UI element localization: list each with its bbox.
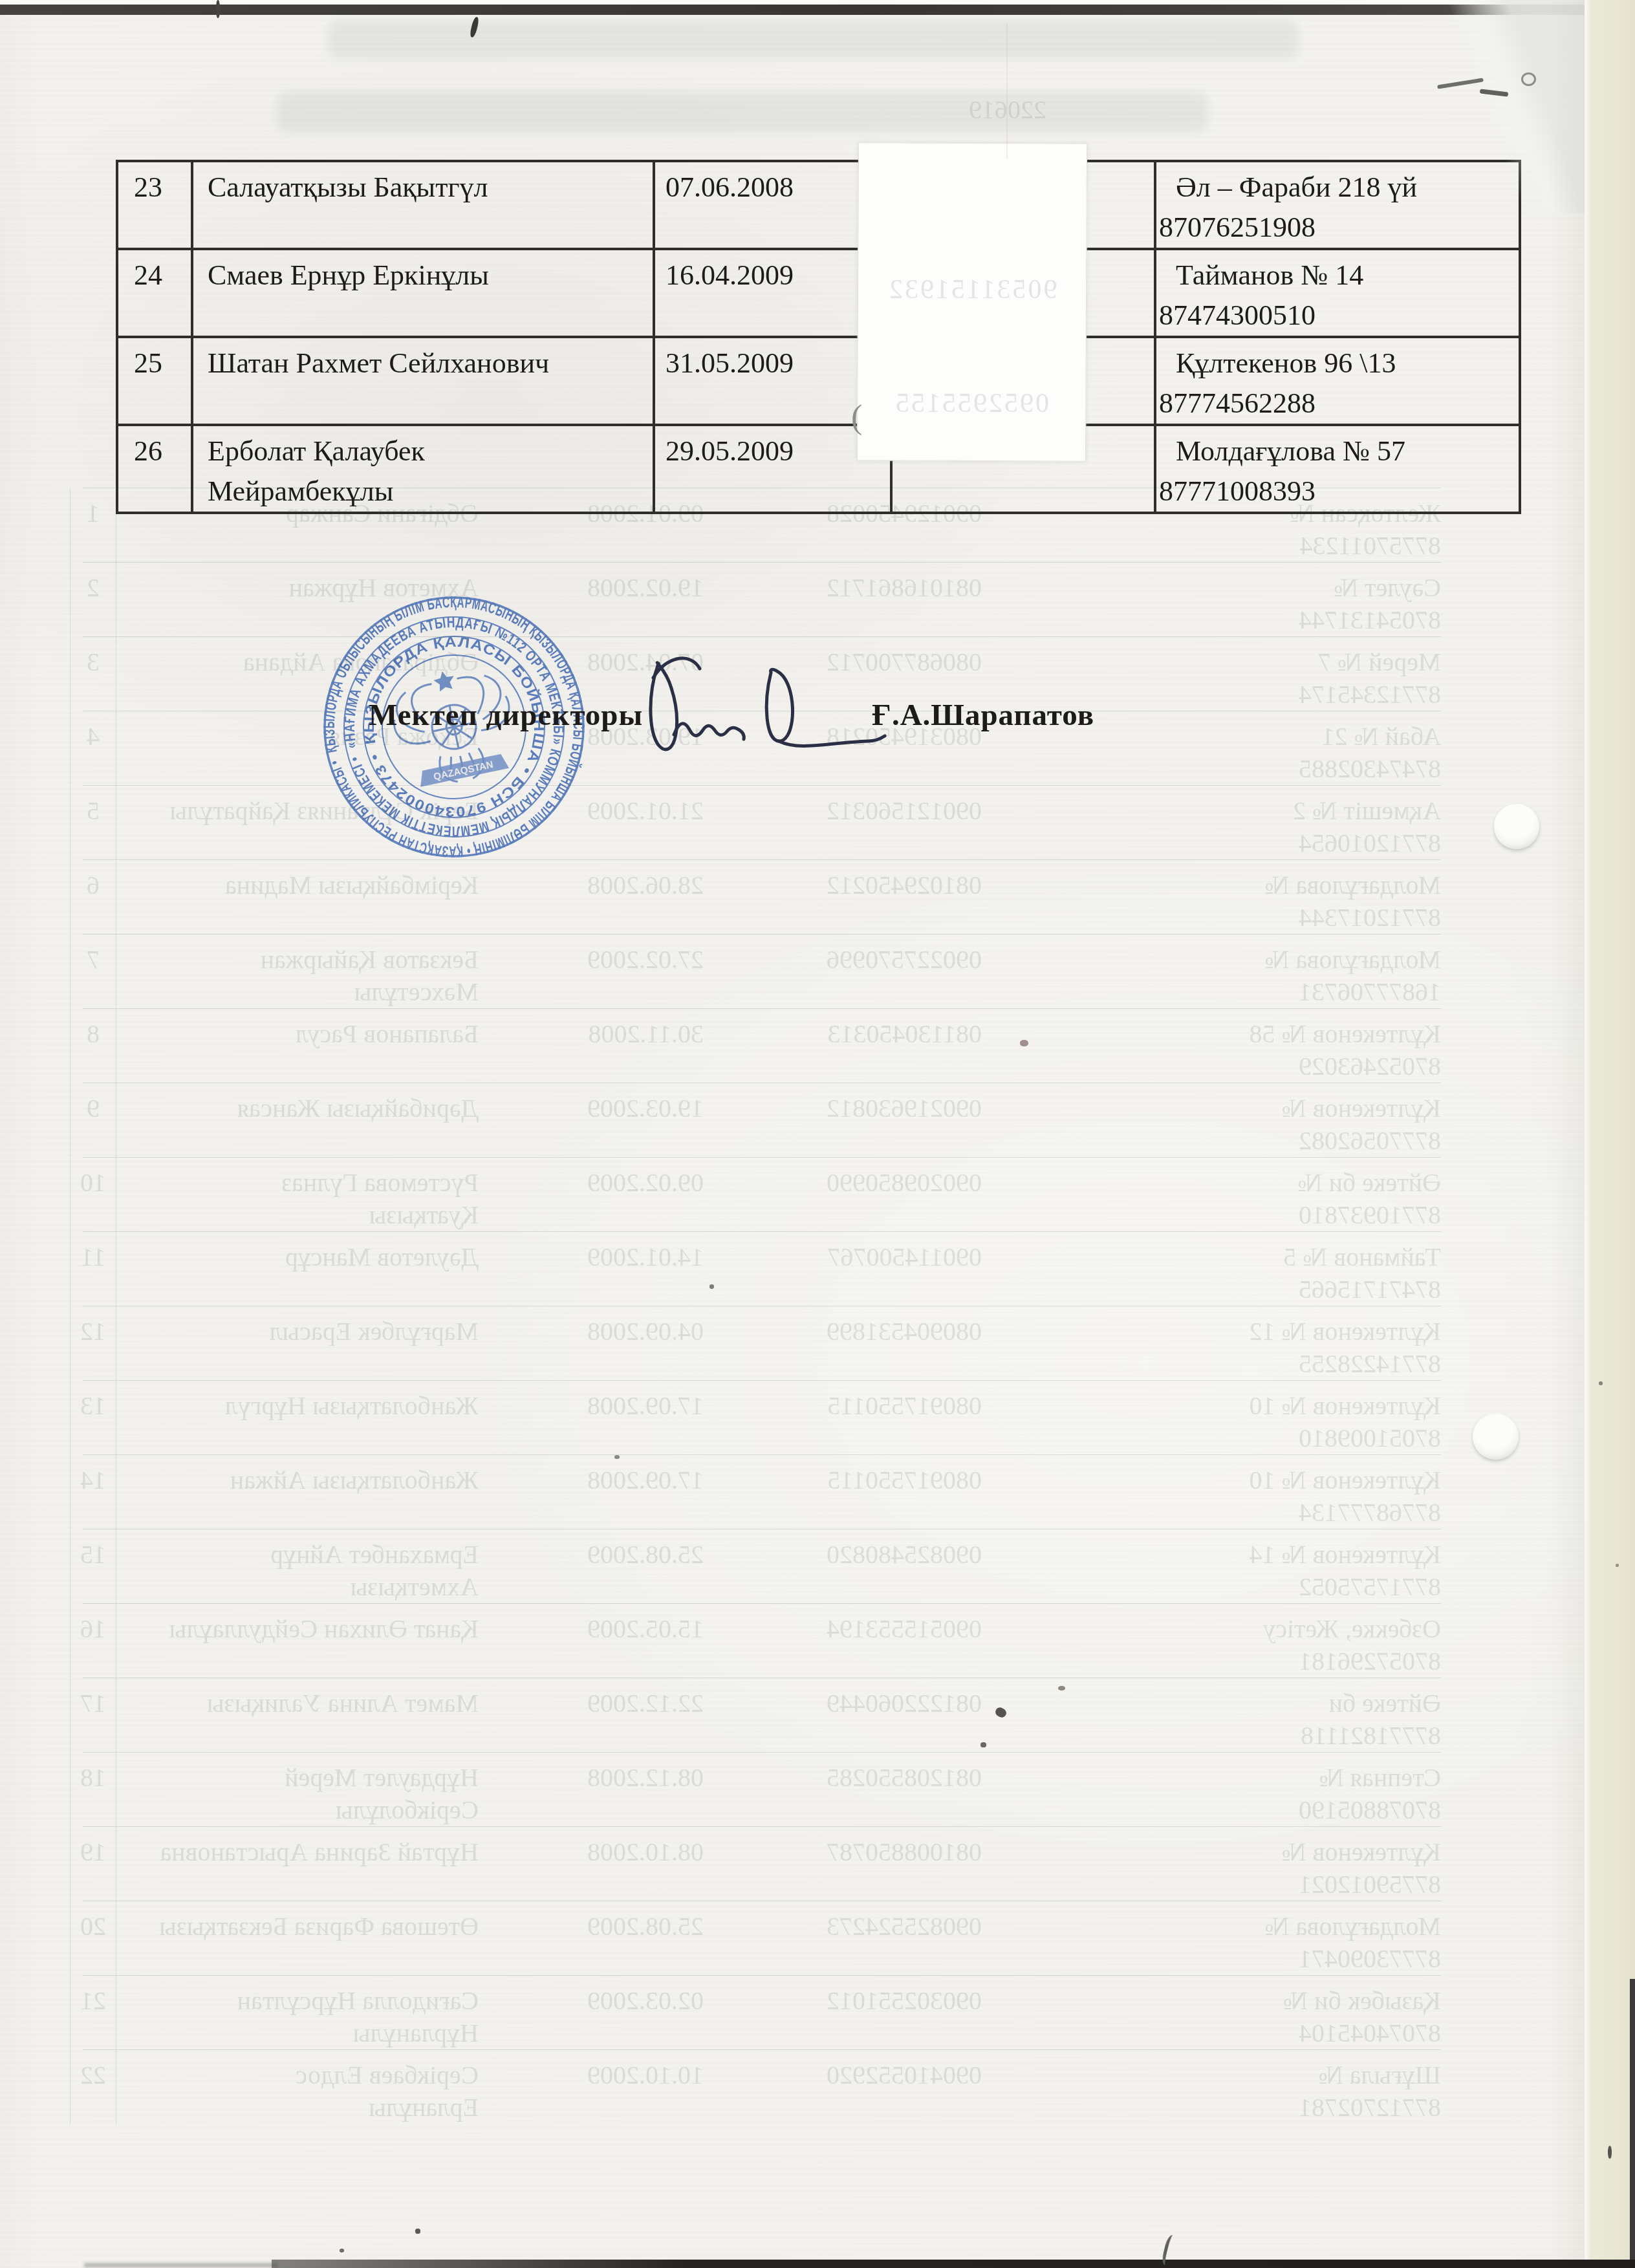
bleed-row-number: 16 xyxy=(70,1604,116,1678)
bleed-address: Құлтекенов № 1087768777134 xyxy=(982,1455,1441,1529)
bleed-name: Серікбаев ЕлдосЕрланұлы xyxy=(116,2050,490,2124)
bleed-row: Ақмешіт № 287712010654 090121560312 21.0… xyxy=(83,785,1441,859)
bleed-row: Құлтекенов №87759012021 081008850787 08.… xyxy=(83,1826,1441,1901)
bleed-row: Құлтекенов № 1087051009810 080917550115 … xyxy=(83,1380,1441,1454)
bleed-date: 17.09.2008 xyxy=(490,1381,704,1454)
cell-student-name: Салауатқызы Бақытгүл xyxy=(192,161,654,249)
director-name: Ғ.А.Шарапатов xyxy=(872,698,1094,733)
bleed-address: Әйтеке би №87710937810 xyxy=(982,1158,1441,1231)
bleed-address: Әйтеке би87771821118 xyxy=(982,1678,1441,1752)
bleed-row-number: 14 xyxy=(70,1455,116,1529)
bleed-date: 25.08.2009 xyxy=(490,1901,704,1975)
bleed-row: Озбекке, Жетісу87057296181 090515553194 … xyxy=(83,1603,1441,1678)
cell-row-number: 24 xyxy=(117,249,192,337)
bleed-row: Әйтеке би87771821118 081222060449 22.12.… xyxy=(83,1678,1441,1752)
right-edge-band xyxy=(1585,0,1635,2268)
bleed-row-number: 2 xyxy=(70,563,116,636)
director-signature xyxy=(634,644,893,770)
dirt-speck xyxy=(469,16,479,38)
bleed-row: Құлтекенов № 1487717575052 090825480820 … xyxy=(83,1529,1441,1603)
top-edge-scanner-line xyxy=(0,5,1599,15)
bleed-row-number: 1 xyxy=(70,488,116,562)
bleed-date: 09.02.2009 xyxy=(490,1158,704,1231)
bleed-address: Қазыбек би №87074045104 xyxy=(982,1976,1441,2049)
bleed-name: Жанболатқызы Нұргүл xyxy=(116,1381,490,1454)
bleed-id: 081016861712 xyxy=(704,563,982,636)
bleed-row: Құлтекенов №87770562082 090219630812 19.… xyxy=(83,1083,1441,1157)
bleed-id: 081208550285 xyxy=(704,1753,982,1826)
dirt-speck xyxy=(614,1455,620,1459)
bleed-id: 090227570996 xyxy=(704,934,982,1008)
bleed-name: Бекзатов ҚайыржанМәхсетұлы xyxy=(116,934,490,1008)
bleed-address: Озбекке, Жетісу87057296181 xyxy=(982,1604,1441,1678)
cell-row-number: 25 xyxy=(117,337,192,425)
bleed-fragment: 220619 xyxy=(969,94,1046,125)
cell-birth-date: 16.04.2009 xyxy=(654,249,891,337)
bleed-id: 081008850787 xyxy=(704,1827,982,1901)
address-line: Молдағұлова № 57 xyxy=(1156,431,1519,471)
bleed-row-number: 19 xyxy=(70,1827,116,1901)
bleed-date: 17.09.2008 xyxy=(490,1455,704,1529)
bleed-id: 090219630812 xyxy=(704,1083,982,1157)
bleed-name: Нұртай Зарина Арыстановна xyxy=(116,1827,490,1901)
bleed-name: Рүстемова ГүлназҚуатқызы xyxy=(116,1158,490,1231)
bleed-id: 081130450313 xyxy=(704,1009,982,1083)
bleed-id: 080904531899 xyxy=(704,1306,982,1380)
bleed-row-number: 18 xyxy=(70,1753,116,1826)
bleed-date: 27.02.2009 xyxy=(490,934,704,1008)
bleed-id: 090825524273 xyxy=(704,1901,982,1975)
dirt-speck xyxy=(980,1742,986,1747)
bleed-address: Молдағұлова №87773090471 xyxy=(982,1901,1441,1975)
cell-birth-date: 29.05.2009 xyxy=(654,425,891,513)
cell-row-number: 23 xyxy=(117,161,192,249)
address-line: Тайманов № 14 xyxy=(1156,255,1519,296)
bleed-date: 19.03.2009 xyxy=(490,1083,704,1157)
cell-student-name: Шатан Рахмет Сейлханович xyxy=(192,337,654,425)
bleed-name: Қанат Әлихан Сейдуллаұлы xyxy=(116,1604,490,1678)
bleed-name: Сағидолла НұрсұлтанНұрланұлы xyxy=(116,1976,490,2049)
bleed-row-number: 7 xyxy=(70,934,116,1008)
phone-line: 87771008393 xyxy=(1156,471,1519,512)
bleed-row-number: 12 xyxy=(70,1306,116,1380)
bleed-name: Балапанов Расул xyxy=(116,1009,490,1083)
bleed-address: Молдағұлова №87712017344 xyxy=(982,860,1441,934)
dirt-speck xyxy=(709,1284,714,1289)
ring-mark xyxy=(1521,72,1536,86)
bleed-row: Құлтекенов № 1087768777134 080917550115 … xyxy=(83,1454,1441,1529)
dirt-speck xyxy=(994,1706,1008,1719)
table-row: 26 Ерболат ҚалаубекМейрамбекұлы 29.05.20… xyxy=(117,425,1520,513)
cell-address-phone: Құлтекенов 96 \13 87774562288 xyxy=(1155,337,1520,425)
phone-line: 87774562288 xyxy=(1156,383,1519,424)
bleed-row-number: 20 xyxy=(70,1901,116,1975)
right-edge-shade xyxy=(1549,0,1585,2268)
hole-punch-dot xyxy=(1494,804,1539,849)
bleed-row-number: 21 xyxy=(70,1976,116,2049)
table-row: 24 Смаев Ернұр Еркінұлы 16.04.2009 Тайма… xyxy=(117,249,1520,337)
dirt-speck xyxy=(1058,1686,1065,1690)
bleed-row-number: 22 xyxy=(70,2050,116,2124)
phone-line: 87076251908 xyxy=(1156,208,1519,248)
bleed-band xyxy=(277,92,1208,132)
bleed-date: 04.09.2008 xyxy=(490,1306,704,1380)
dirt-speck xyxy=(340,2249,344,2252)
bleed-date: 15.05.2009 xyxy=(490,1604,704,1678)
bleed-id: 081222060449 xyxy=(704,1678,982,1752)
bleed-row-number: 8 xyxy=(70,1009,116,1083)
bleed-row: Құлтекенов № 5887052463029 081130450313 … xyxy=(83,1008,1441,1083)
dirt-speck xyxy=(415,2229,420,2234)
bleed-row: Молдағұлова №87773090471 090825524273 25… xyxy=(83,1901,1441,1975)
cell-student-name: Ерболат ҚалаубекМейрамбекұлы xyxy=(192,425,654,513)
bleed-address: Құлтекенов № 5887052463029 xyxy=(982,1009,1441,1083)
student-table: 23 Салауатқызы Бақытгүл 07.06.2008 Әл – … xyxy=(116,160,1521,514)
bleed-date: 02.03.2009 xyxy=(490,1976,704,2049)
bleed-name: Өтешова Фариза Бекзатқызы xyxy=(116,1901,490,1975)
director-title: Мектеп директоры xyxy=(369,698,643,733)
dirt-speck xyxy=(216,0,220,18)
bleed-id: 090114500767 xyxy=(704,1232,982,1306)
scanned-document-page: 220619 Желтоқсан №87757011234 0901294500… xyxy=(0,0,1635,2268)
bleed-row: Молдағұлова №87712017344 081029450212 28… xyxy=(83,859,1441,934)
cell-row-number: 26 xyxy=(117,425,192,513)
bleed-row-number: 9 xyxy=(70,1083,116,1157)
bleed-row: Әйтеке би №87710937810 090209850990 09.0… xyxy=(83,1157,1441,1231)
covered-id-fragment: 90531151932 xyxy=(887,274,1057,305)
bleed-date: 25.08.2009 xyxy=(490,1529,704,1603)
cell-address-phone: Молдағұлова № 57 87771008393 xyxy=(1155,425,1520,513)
bleed-id: 080917550115 xyxy=(704,1381,982,1454)
bleed-address: Сәулет №87054131744 xyxy=(982,563,1441,636)
bleed-address: Степная №87078805190 xyxy=(982,1753,1441,1826)
bleed-address: Ақмешіт № 287712010654 xyxy=(982,786,1441,859)
cell-address-phone: Тайманов № 14 87474300510 xyxy=(1155,249,1520,337)
bleed-row-number: 17 xyxy=(70,1678,116,1752)
bleed-row: Құлтекенов № 1287714228255 080904531899 … xyxy=(83,1306,1441,1380)
bleed-row-number: 6 xyxy=(70,860,116,934)
bleed-row-number: 10 xyxy=(70,1158,116,1231)
covered-id-fragment: 0952955155 xyxy=(894,388,1049,419)
bleed-name: Дәулетов Мансұр xyxy=(116,1232,490,1306)
bleed-address: Тайманов № 587471715665 xyxy=(982,1232,1441,1306)
bleed-row-number: 4 xyxy=(70,711,116,785)
bleed-name: Керімбайқызы Мадина xyxy=(116,860,490,934)
bleed-id: 090209850990 xyxy=(704,1158,982,1231)
bleed-id: 090825480820 xyxy=(704,1529,982,1603)
cell-student-name: Смаев Ернұр Еркінұлы xyxy=(192,249,654,337)
table-row: 25 Шатан Рахмет Сейлханович 31.05.2009 Қ… xyxy=(117,337,1520,425)
bleed-row-number: 5 xyxy=(70,786,116,859)
hole-punch-dot xyxy=(1473,1414,1519,1460)
paper-crease xyxy=(1006,23,1008,159)
bleed-row: Тайманов № 587471715665 090114500767 14.… xyxy=(83,1231,1441,1306)
table-row: 23 Салауатқызы Бақытгүл 07.06.2008 Әл – … xyxy=(117,161,1520,249)
bleed-id: 090302551012 xyxy=(704,1976,982,2049)
bleed-row-number: 15 xyxy=(70,1529,116,1603)
bleed-date: 28.06.2008 xyxy=(490,860,704,934)
bleed-date: 30.11.2008 xyxy=(490,1009,704,1083)
bleed-name: Мамет Алина Уалиқызы xyxy=(116,1678,490,1752)
bleed-row: Шұғыла №87712702781 090410552920 10.10.2… xyxy=(83,2049,1441,2124)
dirt-speck xyxy=(1599,1381,1603,1385)
bleed-row: Молдағұлова №16877706731 090227570996 27… xyxy=(83,934,1441,1008)
bleed-address: Құлтекенов № 1487717575052 xyxy=(982,1529,1441,1603)
bleed-date: 08.10.2008 xyxy=(490,1827,704,1901)
bottom-edge-smear xyxy=(84,2263,278,2267)
bleed-address: Құлтекенов № 1287714228255 xyxy=(982,1306,1441,1380)
covered-paren-fragment: ( xyxy=(851,398,862,437)
bleed-date: 22.12.2009 xyxy=(490,1678,704,1752)
bleed-row: Сәулет №87054131744 081016861712 19.02.2… xyxy=(83,562,1441,636)
phone-line: 87474300510 xyxy=(1156,296,1519,336)
address-line: Құлтекенов 96 \13 xyxy=(1156,343,1519,383)
bleed-address: Құлтекенов №87770562082 xyxy=(982,1083,1441,1157)
bleed-row-number: 3 xyxy=(70,637,116,711)
dirt-speck xyxy=(1020,1040,1028,1046)
bleed-date: 14.01.2009 xyxy=(490,1232,704,1306)
student-table-body: 23 Салауатқызы Бақытгүл 07.06.2008 Әл – … xyxy=(117,161,1520,513)
right-edge-dark-line xyxy=(1630,1979,1635,2268)
bleed-id: 090410552920 xyxy=(704,2050,982,2124)
bleed-address: Құлтекенов № 1087051009810 xyxy=(982,1381,1441,1454)
bleed-row-number: 11 xyxy=(70,1232,116,1306)
dirt-speck xyxy=(1608,2146,1612,2159)
bleed-id: 090121560312 xyxy=(704,786,982,859)
dirt-speck xyxy=(1616,1564,1619,1567)
bleed-name: Жанболатқызы Айжан xyxy=(116,1455,490,1529)
bleed-id: 081029450212 xyxy=(704,860,982,934)
bleed-name: Нұрдаулет МерейСерікболұлы xyxy=(116,1753,490,1826)
cell-birth-date: 07.06.2008 xyxy=(654,161,891,249)
bottom-edge-scanner-line xyxy=(272,2260,1635,2268)
bleed-address: Молдағұлова №16877706731 xyxy=(982,934,1441,1008)
bleed-address: Шұғыла №87712702781 xyxy=(982,2050,1441,2124)
bleed-address: Құлтекенов №87759012021 xyxy=(982,1827,1441,1901)
bleed-date: 08.12.2008 xyxy=(490,1753,704,1826)
bleed-id: 090515553194 xyxy=(704,1604,982,1678)
bleed-row: Қазыбек би №87074045104 090302551012 02.… xyxy=(83,1975,1441,2049)
bleed-name: Марғұлбек Ерасыл xyxy=(116,1306,490,1380)
bleed-row-number: 13 xyxy=(70,1381,116,1454)
bleed-id: 080917550115 xyxy=(704,1455,982,1529)
bleed-name: Дәрибайқызы Жансая xyxy=(116,1083,490,1157)
bleed-row: Степная №87078805190 081208550285 08.12.… xyxy=(83,1752,1441,1826)
bleed-name: Ермаханбет АйнұрАхметқызы xyxy=(116,1529,490,1603)
bleed-date: 10.10.2009 xyxy=(490,2050,704,2124)
